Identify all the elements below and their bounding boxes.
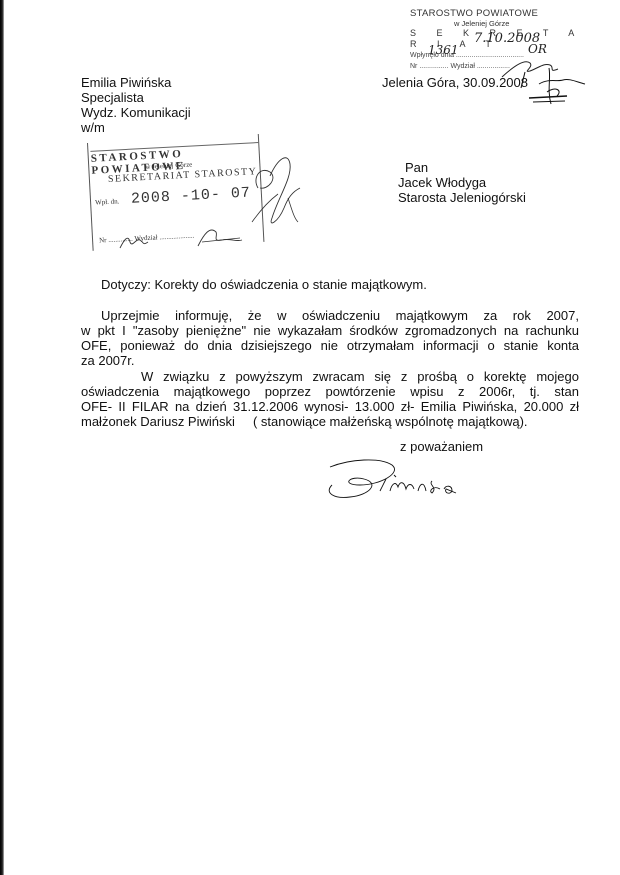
recipient-title: Starosta Jeleniogórski: [398, 190, 526, 205]
stamp-number-label: Nr: [410, 63, 417, 70]
paragraph-line: oświadczenia majątkowego poprzez powtórz…: [81, 384, 579, 399]
sender-note: w/m: [81, 120, 191, 135]
stamp-division-handwritten: OR: [528, 44, 547, 55]
sender-block: Emilia Piwińska Specjalista Wydz. Komuni…: [81, 75, 191, 135]
recipient-salutation: Pan: [398, 160, 526, 175]
paragraph-line: W związku z powyższym zwracam się z proś…: [81, 369, 579, 384]
subject-line: Dotyczy: Korekty do oświadczenia o stani…: [101, 277, 427, 292]
initials-scribble-left: [248, 148, 308, 238]
sender-department: Wydz. Komunikacji: [81, 105, 191, 120]
recipient-block: Pan Jacek Włodyga Starosta Jeleniogórski: [398, 160, 526, 205]
stamp-left-number-label: Nr: [99, 236, 107, 244]
scan-edge: [0, 0, 4, 875]
stamp-left-received-label: Wpł. dn.: [95, 197, 120, 206]
sender-position: Specjalista: [81, 90, 191, 105]
paragraph-line: za 2007r.: [81, 353, 579, 368]
stamp-office: STAROSTWO POWIATOWE: [410, 8, 585, 19]
closing: z poważaniem: [400, 439, 483, 454]
stamp-left-handwriting: [110, 220, 270, 255]
approval-signature-icon: [527, 62, 593, 106]
recipient-name: Jacek Włodyga: [398, 175, 526, 190]
paragraph-line: małżonek Dariusz Piwiński ( stanowiące m…: [81, 414, 579, 429]
paragraph-line: Uprzejmie informuję, że w oświadczeniu m…: [81, 308, 579, 323]
paragraph-2: W związku z powyższym zwracam się z proś…: [81, 369, 579, 429]
stamp-left-received-date: 2008 -10- 07: [131, 185, 252, 208]
paragraph-line: OFE- II FILAR na dzień 31.12.2006 wynosi…: [81, 399, 579, 414]
stamp-location: w Jeleniej Górze: [410, 19, 585, 28]
paragraph-1: Uprzejmie informuję, że w oświadczeniu m…: [81, 308, 579, 368]
stamp-division-label: Wydział: [450, 63, 474, 70]
sender-name: Emilia Piwińska: [81, 75, 191, 90]
place-date: Jelenia Góra, 30.09.2008: [382, 75, 528, 90]
stamp-number-handwritten: 1361: [428, 45, 459, 56]
paragraph-line: OFE, ponieważ do dnia dzisiejszego nie o…: [81, 338, 579, 353]
paragraph-line: w pkt I "zasoby pieniężne" nie wykazałam…: [81, 323, 579, 338]
signature: Piwińska: [320, 455, 470, 515]
